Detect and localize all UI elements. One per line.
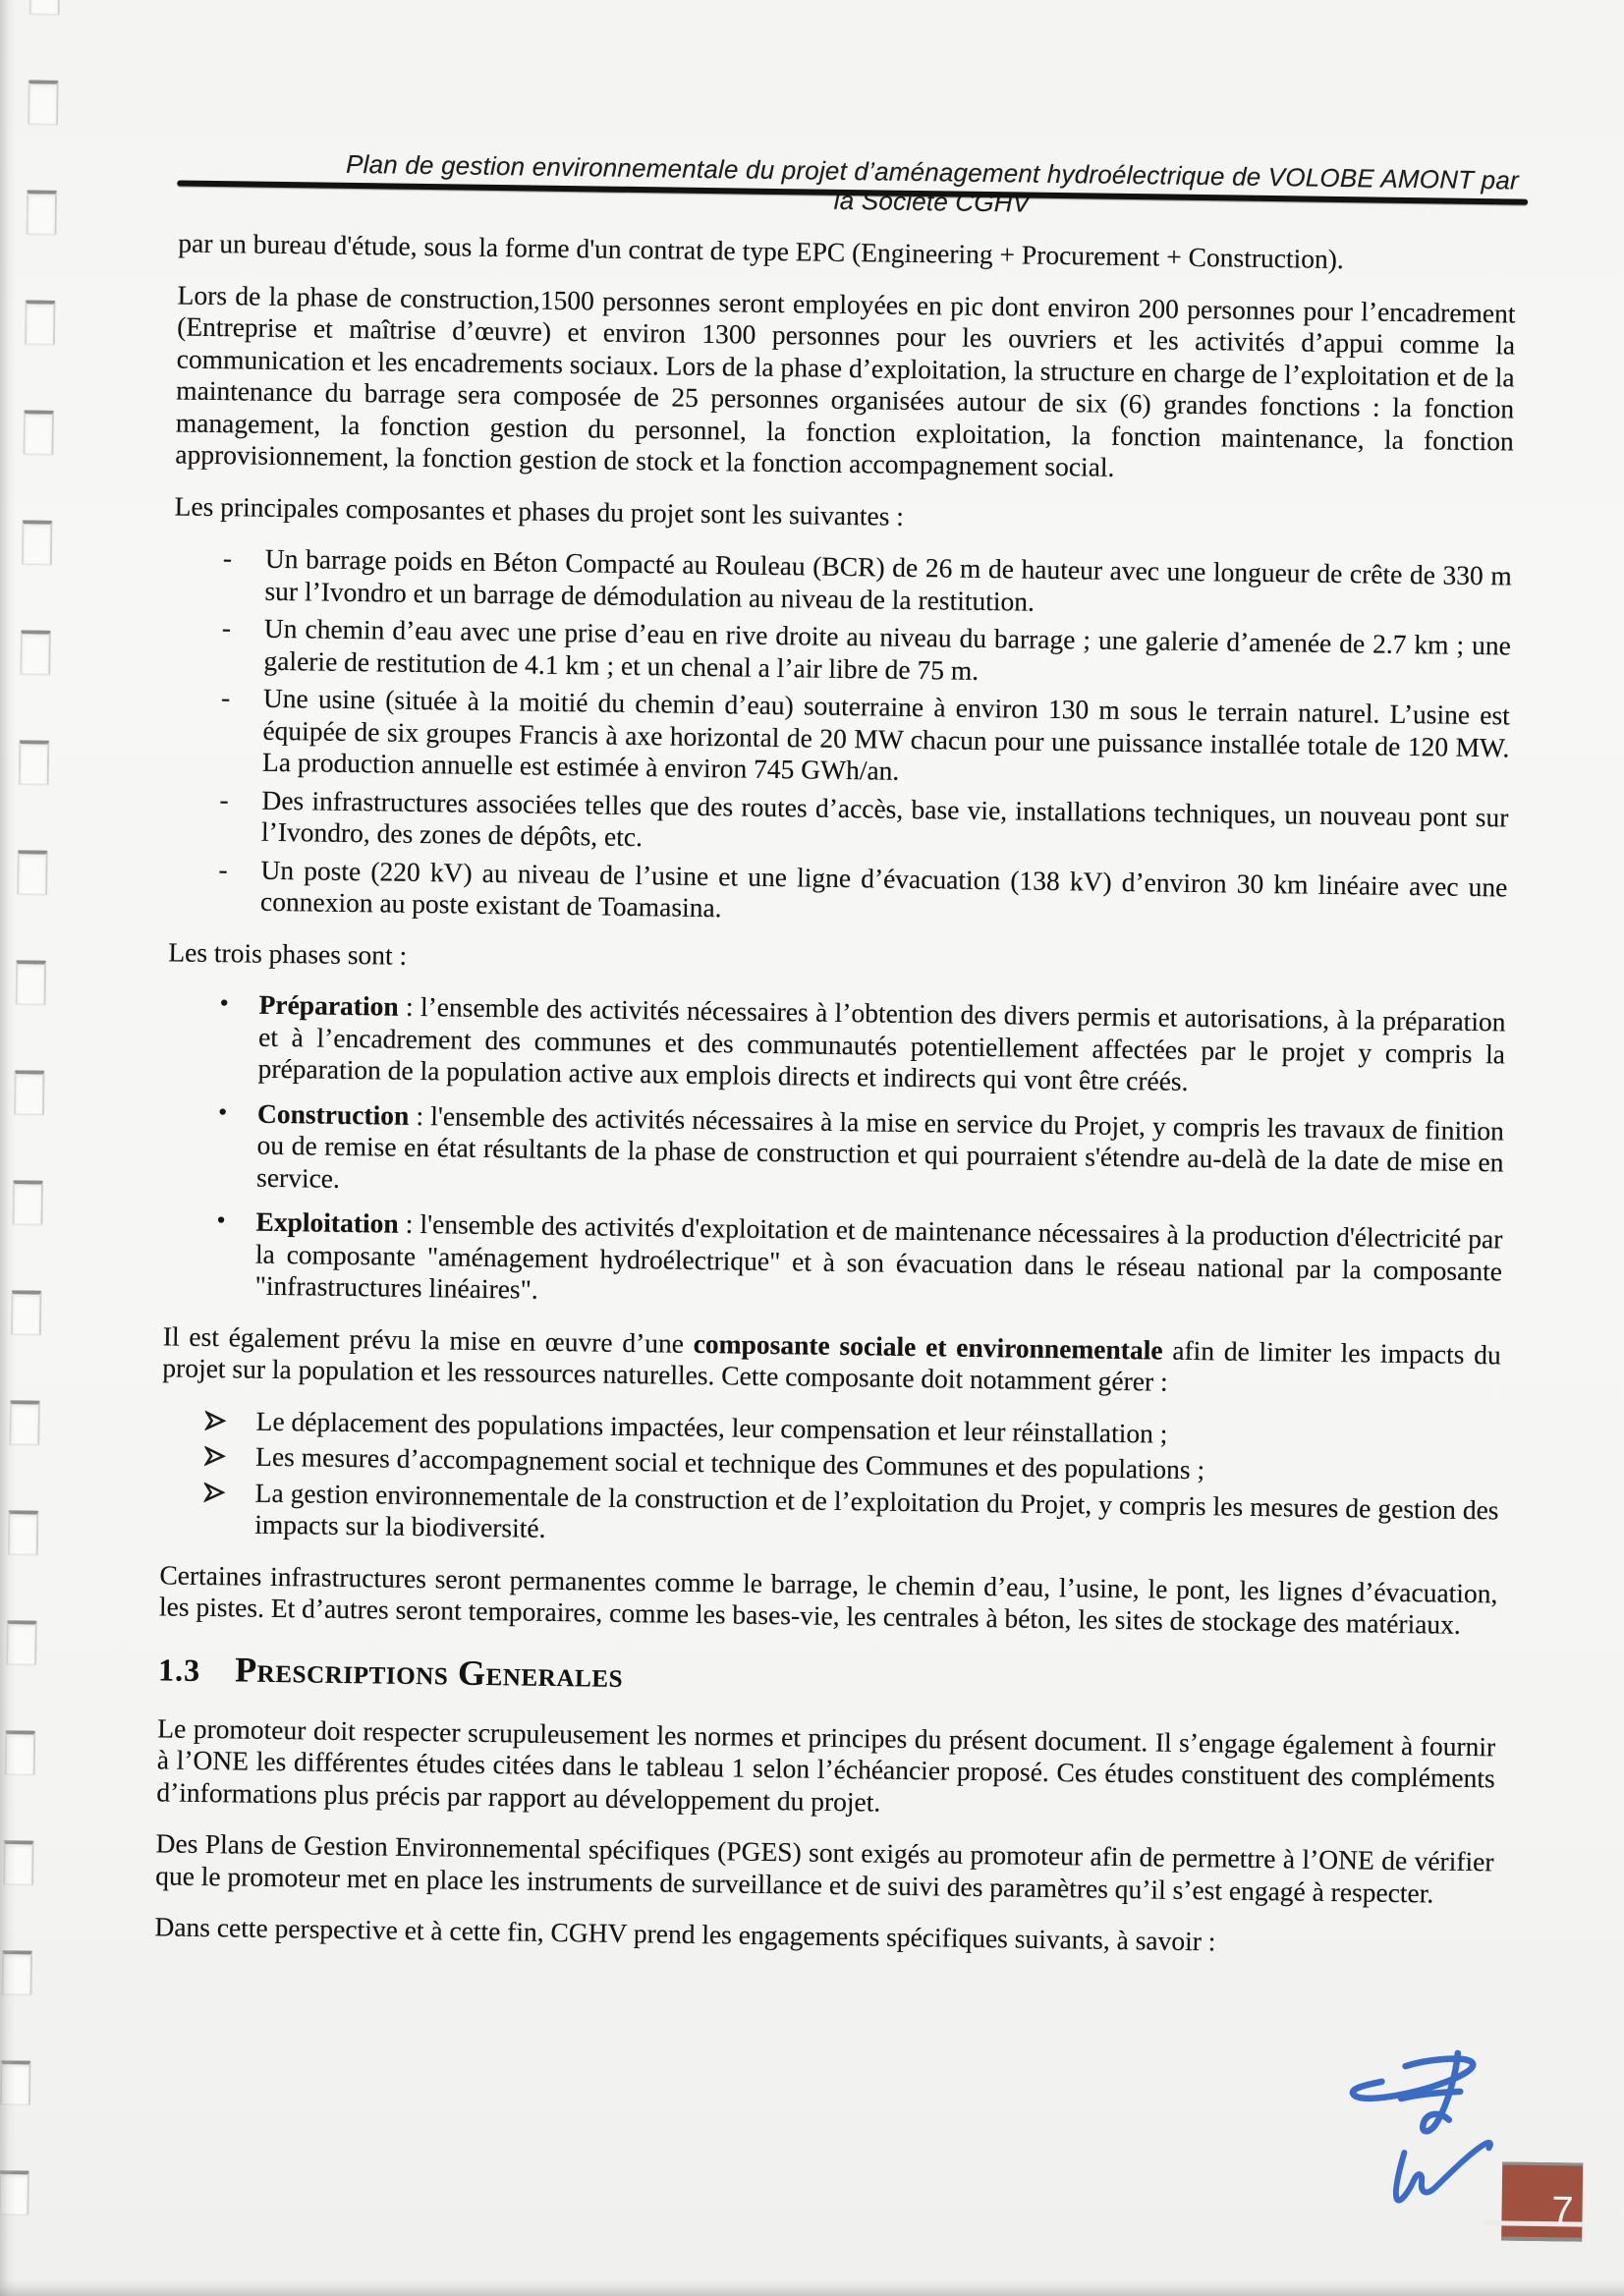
handwritten-signature	[1285, 2031, 1514, 2220]
binding-hole	[3, 1840, 34, 1885]
binding-hole	[5, 1730, 36, 1775]
phase-term: Préparation	[258, 989, 398, 1022]
list-item-construction: • Construction : l'ensemble des activité…	[165, 1096, 1504, 1211]
phase-term: Construction	[257, 1097, 410, 1130]
page-number-badge: 7	[1501, 2161, 1583, 2241]
phase-text: : l'ensemble des activités d'exploitatio…	[254, 1208, 1502, 1305]
list-item: La gestion environnementale de la constr…	[160, 1476, 1499, 1558]
list-item: - Des infrastructures associées telles q…	[170, 783, 1509, 866]
binding-hole	[14, 1070, 45, 1115]
scanned-page: Plan de gestion environnementale du proj…	[0, 0, 1624, 2296]
dash-marker: -	[218, 854, 228, 886]
binding-hole	[22, 520, 53, 565]
binding-hole	[20, 630, 51, 675]
list-item-text: Un barrage poids en Béton Compacté au Ro…	[264, 543, 1512, 616]
section-title: Prescriptions Generales	[235, 1650, 624, 1695]
paragraph-infrastructures: Certaines infrastructures seront permane…	[159, 1559, 1498, 1642]
dash-marker: -	[221, 682, 231, 714]
binding-hole	[17, 850, 48, 895]
binding-hole	[29, 0, 61, 16]
phase-text: : l'ensemble des activités nécessaires à…	[256, 1099, 1504, 1193]
binding-hole	[0, 2060, 31, 2105]
paragraph-phases-intro: Les trois phases sont :	[168, 936, 1506, 987]
signature-stroke-bottom	[1396, 2142, 1490, 2202]
list-item: - Une usine (située à la moitié du chemi…	[171, 681, 1510, 796]
arrow-bullet-icon	[205, 1409, 227, 1430]
paragraph-components-intro: Les principales composantes et phases du…	[174, 490, 1512, 541]
dash-marker: -	[219, 784, 229, 816]
binding-hole	[25, 300, 56, 345]
list-item-exploitation: • Exploitation : l'ensemble des activité…	[163, 1204, 1502, 1319]
bullet-icon: •	[216, 1204, 226, 1237]
list-item: - Un poste (220 kV) au niveau de l’usine…	[169, 853, 1508, 935]
paragraph-social-component: Il est également prévu la mise en œuvre …	[162, 1320, 1501, 1403]
phase-term: Exploitation	[255, 1206, 399, 1239]
binding-hole	[19, 740, 50, 785]
section-number: 1.3	[158, 1650, 236, 1690]
bullet-icon: •	[218, 1096, 228, 1129]
list-item-text: Une usine (située à la moitié du chemin …	[262, 683, 1510, 786]
list-item: - Un chemin d’eau avec une prise d’eau e…	[172, 611, 1511, 694]
binding-hole	[27, 190, 58, 235]
list-item-text: Un poste (220 kV) au niveau de l’usine e…	[260, 854, 1508, 923]
paragraph-epc: par un bureau d'étude, sous la forme d'u…	[178, 227, 1516, 278]
binding-hole	[16, 960, 47, 1005]
phase-text: : l’ensemble des activités nécessaires à…	[257, 991, 1505, 1096]
phases-list: • Préparation : l’ensemble des activités…	[163, 987, 1505, 1318]
binding-hole	[6, 1620, 37, 1665]
list-item-text: Le déplacement des populations impactées…	[255, 1405, 1167, 1448]
section-heading-prescriptions-generales: 1.3Prescriptions Generales	[158, 1649, 1496, 1708]
bullet-icon: •	[219, 987, 229, 1020]
dash-marker: -	[222, 612, 232, 644]
paragraph-bold-text: composante sociale et environnementale	[694, 1327, 1163, 1365]
paragraph-perspective: Dans cette perspective et à cette fin, C…	[154, 1911, 1492, 1962]
page-scan: Plan de gestion environnementale du proj…	[0, 0, 1624, 2296]
paragraph-workforce: Lors de la phase de construction,1500 pe…	[175, 279, 1516, 489]
binding-hole	[8, 1510, 39, 1555]
binding-hole	[12, 1180, 43, 1225]
binding-hole	[0, 2170, 29, 2215]
list-item-text: Des infrastructures associées telles que…	[261, 784, 1509, 852]
binding-hole	[28, 80, 59, 125]
arrow-bullet-icon	[204, 1445, 226, 1467]
components-list: - Un barrage poids en Béton Compacté au …	[169, 541, 1512, 934]
dash-marker: -	[223, 542, 233, 575]
binding-hole	[1, 1950, 32, 1995]
paragraph-promoter: Le promoteur doit respecter scrupuleusem…	[156, 1712, 1495, 1827]
page-number: 7	[1551, 2191, 1574, 2230]
arrow-bullet-icon	[204, 1481, 226, 1502]
list-item-preparation: • Préparation : l’ensemble des activités…	[166, 987, 1505, 1102]
document-body: par un bureau d'étude, sous la forme d'u…	[154, 227, 1517, 1981]
list-item: - Un barrage poids en Béton Compacté au …	[173, 541, 1512, 624]
binding-hole	[9, 1400, 40, 1445]
binding-hole	[11, 1290, 42, 1335]
binding-hole	[23, 410, 54, 455]
social-items-list: Le déplacement des populations impactées…	[160, 1404, 1500, 1558]
signature-stroke-top	[1352, 2051, 1473, 2132]
paragraph-pges: Des Plans de Gestion Environnemental spé…	[155, 1827, 1494, 1910]
list-item-text: Un chemin d’eau avec une prise d’eau en …	[263, 613, 1511, 686]
